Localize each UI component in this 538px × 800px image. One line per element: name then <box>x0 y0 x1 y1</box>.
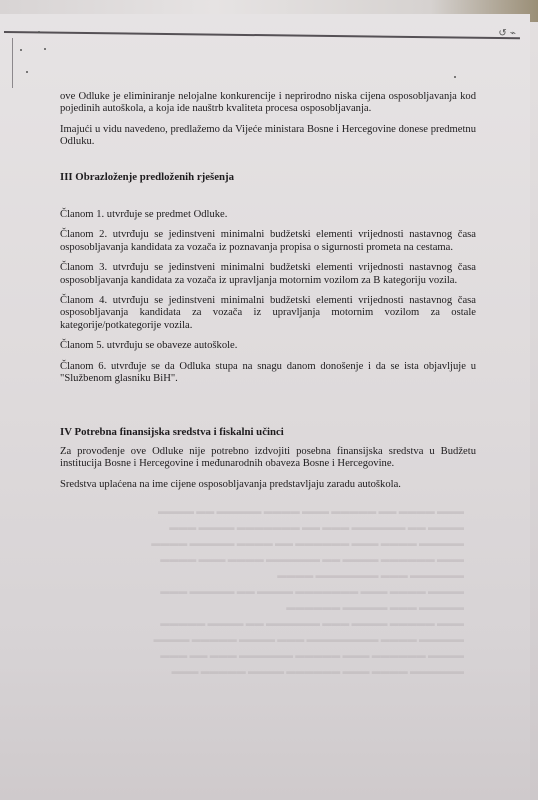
section-3-heading: III Obrazloženje predloženih rješenja <box>60 171 476 183</box>
page-top-rule <box>4 31 520 39</box>
article-6-paragraph: Članom 6. utvrđuje se da Odluka stupa na… <box>60 361 476 386</box>
article-4-paragraph: Članom 4. utvrđuju se jedinstveni minima… <box>60 295 476 332</box>
speck <box>38 31 40 33</box>
article-3-paragraph: Članom 3. utvrđuju se jedinstveni minima… <box>60 262 476 287</box>
page-margin-line <box>12 38 13 88</box>
revenue-paragraph: Sredstva uplaćena na ime cijene osposobl… <box>60 479 476 491</box>
speck <box>20 49 22 51</box>
funding-paragraph: Za provođenje ove Odluke nije potrebno i… <box>60 446 476 471</box>
article-1-paragraph: Članom 1. utvrđuje se predmet Odluke. <box>60 209 476 221</box>
speck <box>26 71 28 73</box>
section-4-heading: IV Potrebna finansijska sredstva i fiska… <box>60 426 476 438</box>
corner-handwritten-mark: ↺ ⌁ <box>498 28 516 39</box>
article-5-paragraph: Članom 5. utvrđuju se obaveze autoškole. <box>60 340 476 352</box>
intro-paragraph-2: Imajući u vidu navedeno, predlažemo da V… <box>60 124 476 149</box>
intro-paragraph-1: ove Odluke je eliminiranje nelojalne kon… <box>60 91 476 116</box>
document-body: ove Odluke je eliminiranje nelojalne kon… <box>60 91 476 499</box>
speck <box>454 76 456 78</box>
speck <box>44 48 46 50</box>
bleed-through-text: ▬▬▬ ▬▬▬▬ ▬▬ ▬▬▬▬▬ ▬▬▬ ▬▬▬▬ ▬▬▬▬▬ ▬▬ ▬▬▬▬… <box>84 505 464 681</box>
article-2-paragraph: Članom 2. utvrđuju se jedinstveni minima… <box>60 229 476 254</box>
